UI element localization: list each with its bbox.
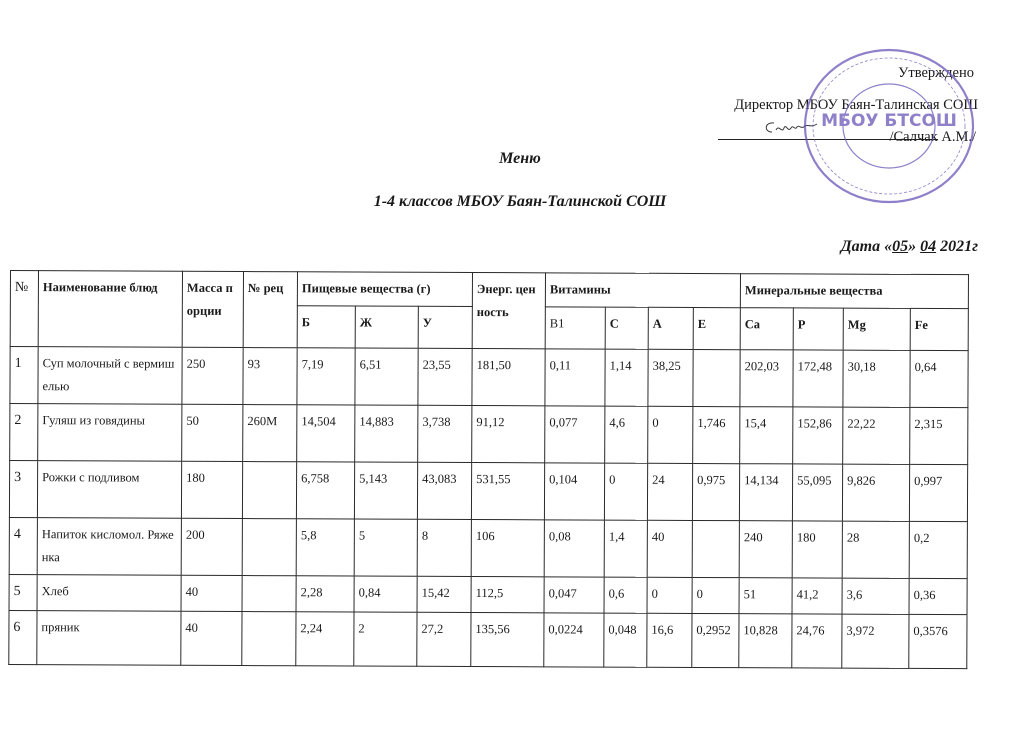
approver-position: Директор МБОУ Баян-Талинская СОШ [734, 98, 978, 113]
cell-number: 4 [9, 517, 37, 574]
cell-b1: 0,077 [545, 406, 605, 463]
header-mg: Mg [843, 308, 910, 350]
cell-fe: 0,2 [909, 521, 967, 578]
cell-fat: 2 [354, 612, 417, 666]
cell-number: 1 [10, 347, 38, 404]
header-c: С [605, 307, 648, 349]
cell-dish-name: Суп молочный с вермишелью [38, 347, 182, 405]
cell-recipe [242, 462, 296, 519]
cell-p: 24,76 [792, 614, 842, 668]
header-fe: Fe [910, 308, 968, 350]
cell-mg: 28 [842, 521, 909, 578]
cell-c: 4,6 [605, 406, 648, 463]
date-day: 05 [892, 238, 908, 255]
cell-mg: 9,826 [842, 464, 909, 521]
cell-b1: 0,104 [544, 463, 604, 520]
cell-e: 0 [692, 577, 739, 613]
cell-carbs: 15,42 [417, 576, 471, 612]
cell-fe: 0,997 [909, 464, 967, 521]
cell-energy: 531,55 [471, 463, 544, 520]
cell-p: 152,86 [793, 407, 843, 464]
header-p: P [793, 308, 843, 350]
cell-protein: 14,504 [297, 405, 355, 462]
cell-energy: 106 [471, 520, 544, 577]
cell-mass: 180 [181, 461, 242, 518]
signature-line [718, 139, 938, 140]
cell-number: 6 [9, 610, 37, 664]
header-vitamins: Витамины [545, 273, 740, 308]
page-title: Меню [0, 150, 1024, 168]
cell-number: 5 [9, 574, 37, 610]
cell-dish-name: Напиток кисломол. Ряженка [37, 518, 181, 576]
cell-ca: 51 [739, 578, 792, 614]
cell-mg: 3,6 [842, 578, 909, 614]
cell-e: 0,975 [692, 463, 739, 520]
header-recipe: № рец [243, 272, 297, 348]
cell-c: 1,4 [604, 520, 647, 577]
cell-energy: 91,12 [472, 406, 545, 463]
cell-mass: 40 [181, 575, 242, 611]
cell-fat: 6,51 [355, 348, 418, 405]
cell-dish-name: Гуляш из говядины [38, 404, 182, 462]
cell-energy: 181,50 [472, 349, 545, 406]
menu-table: № Наименование блюд Масса порции № рец П… [8, 270, 969, 669]
cell-carbs: 3,738 [418, 405, 472, 462]
cell-mass: 250 [182, 347, 243, 404]
date-month: 04 [920, 238, 936, 255]
cell-e [693, 349, 740, 406]
cell-energy: 135,56 [471, 613, 544, 667]
cell-a: 40 [647, 520, 692, 577]
cell-fat: 5,143 [354, 462, 417, 519]
cell-a: 24 [647, 463, 692, 520]
cell-energy: 112,5 [471, 577, 544, 613]
header-fat: Ж [355, 306, 418, 348]
table-row: 6пряник402,24227,2135,560,02240,04816,60… [9, 610, 967, 668]
cell-mass: 50 [182, 404, 243, 461]
header-a: А [648, 307, 693, 349]
cell-b1: 0,0224 [544, 613, 604, 667]
cell-fat: 0,84 [354, 576, 417, 612]
cell-mg: 22,22 [843, 407, 910, 464]
cell-fe: 2,315 [910, 407, 968, 464]
svg-text:МБОУ БТСОШ: МБОУ БТСОШ [821, 111, 957, 131]
page-subtitle: 1-4 классов МБОУ Баян-Талинской СОШ [0, 193, 1024, 211]
cell-recipe: 260М [243, 405, 297, 462]
cell-ca: 202,03 [740, 350, 793, 407]
cell-p: 55,095 [792, 464, 842, 521]
header-e: Е [693, 307, 740, 349]
header-name: Наименование блюд [38, 271, 182, 348]
cell-a: 0 [648, 406, 693, 463]
cell-a: 38,25 [648, 349, 693, 406]
cell-carbs: 27,2 [417, 612, 471, 666]
cell-dish-name: пряник [37, 611, 181, 666]
cell-p: 41,2 [792, 578, 842, 614]
header-protein: Б [297, 306, 355, 348]
cell-b1: 0,11 [545, 349, 605, 406]
cell-protein: 2,24 [296, 612, 354, 666]
cell-e: 0,2952 [692, 613, 739, 667]
cell-dish-name: Рожки с подливом [37, 461, 181, 519]
menu-date: Дата «05» 04 2021г [841, 238, 978, 256]
cell-c: 0,048 [604, 613, 647, 667]
signature-icon [762, 118, 822, 140]
header-ca: Ca [740, 308, 793, 350]
cell-mass: 40 [181, 611, 242, 665]
cell-c: 0 [604, 463, 647, 520]
cell-p: 172,48 [793, 350, 843, 407]
table-row: 1Суп молочный с вермишелью250937,196,512… [10, 347, 968, 408]
cell-dish-name: Хлеб [37, 575, 181, 612]
cell-carbs: 43,083 [417, 462, 471, 519]
header-mass: Масса порции [182, 271, 243, 347]
cell-recipe [242, 612, 296, 666]
table-row: 3Рожки с подливом1806,7585,14343,083531,… [9, 461, 967, 522]
cell-b1: 0,08 [544, 520, 604, 577]
cell-mg: 3,972 [842, 614, 909, 668]
cell-mass: 200 [181, 518, 242, 575]
cell-a: 0 [647, 577, 692, 613]
cell-e: 1,746 [693, 406, 740, 463]
cell-number: 2 [10, 404, 38, 461]
cell-number: 3 [9, 461, 37, 518]
header-b1: В1 [545, 307, 605, 349]
header-number: № [10, 271, 38, 347]
cell-protein: 6,758 [296, 462, 354, 519]
header-minerals: Минеральные вещества [740, 274, 968, 309]
approval-label: Утверждено [898, 66, 974, 81]
cell-ca: 240 [739, 521, 792, 578]
cell-c: 0,6 [604, 577, 647, 613]
header-energy: Энерг. ценность [472, 273, 545, 349]
cell-fe: 0,36 [909, 578, 967, 614]
cell-recipe: 93 [243, 348, 297, 405]
cell-protein: 2,28 [296, 576, 354, 612]
cell-mg: 30,18 [843, 350, 910, 407]
cell-ca: 14,134 [739, 464, 792, 521]
approver-name: /Салчак А.М./ [889, 130, 976, 145]
table-row: 5Хлеб402,280,8415,42112,50,0470,6005141,… [9, 574, 967, 614]
cell-fat: 5 [354, 519, 417, 576]
cell-ca: 10,828 [739, 614, 792, 668]
header-nutrients: Пищевые вещества (г) [297, 272, 472, 307]
cell-recipe [242, 576, 296, 612]
cell-b1: 0,047 [544, 577, 604, 613]
table-row: 4Напиток кисломол. Ряженка2005,8581060,0… [9, 517, 967, 578]
cell-protein: 7,19 [297, 348, 355, 405]
cell-carbs: 23,55 [418, 348, 472, 405]
cell-protein: 5,8 [296, 519, 354, 576]
cell-fe: 0,64 [910, 350, 968, 407]
cell-c: 1,14 [605, 349, 648, 406]
cell-fat: 14,883 [355, 405, 418, 462]
cell-recipe [242, 519, 296, 576]
cell-a: 16,6 [647, 613, 692, 667]
header-carbs: У [418, 306, 472, 348]
cell-carbs: 8 [417, 519, 471, 576]
cell-ca: 15,4 [740, 407, 793, 464]
cell-fe: 0,3576 [909, 614, 967, 668]
cell-p: 180 [792, 521, 842, 578]
cell-e [692, 520, 739, 577]
table-row: 2Гуляш из говядины50260М14,50414,8833,73… [10, 404, 968, 465]
